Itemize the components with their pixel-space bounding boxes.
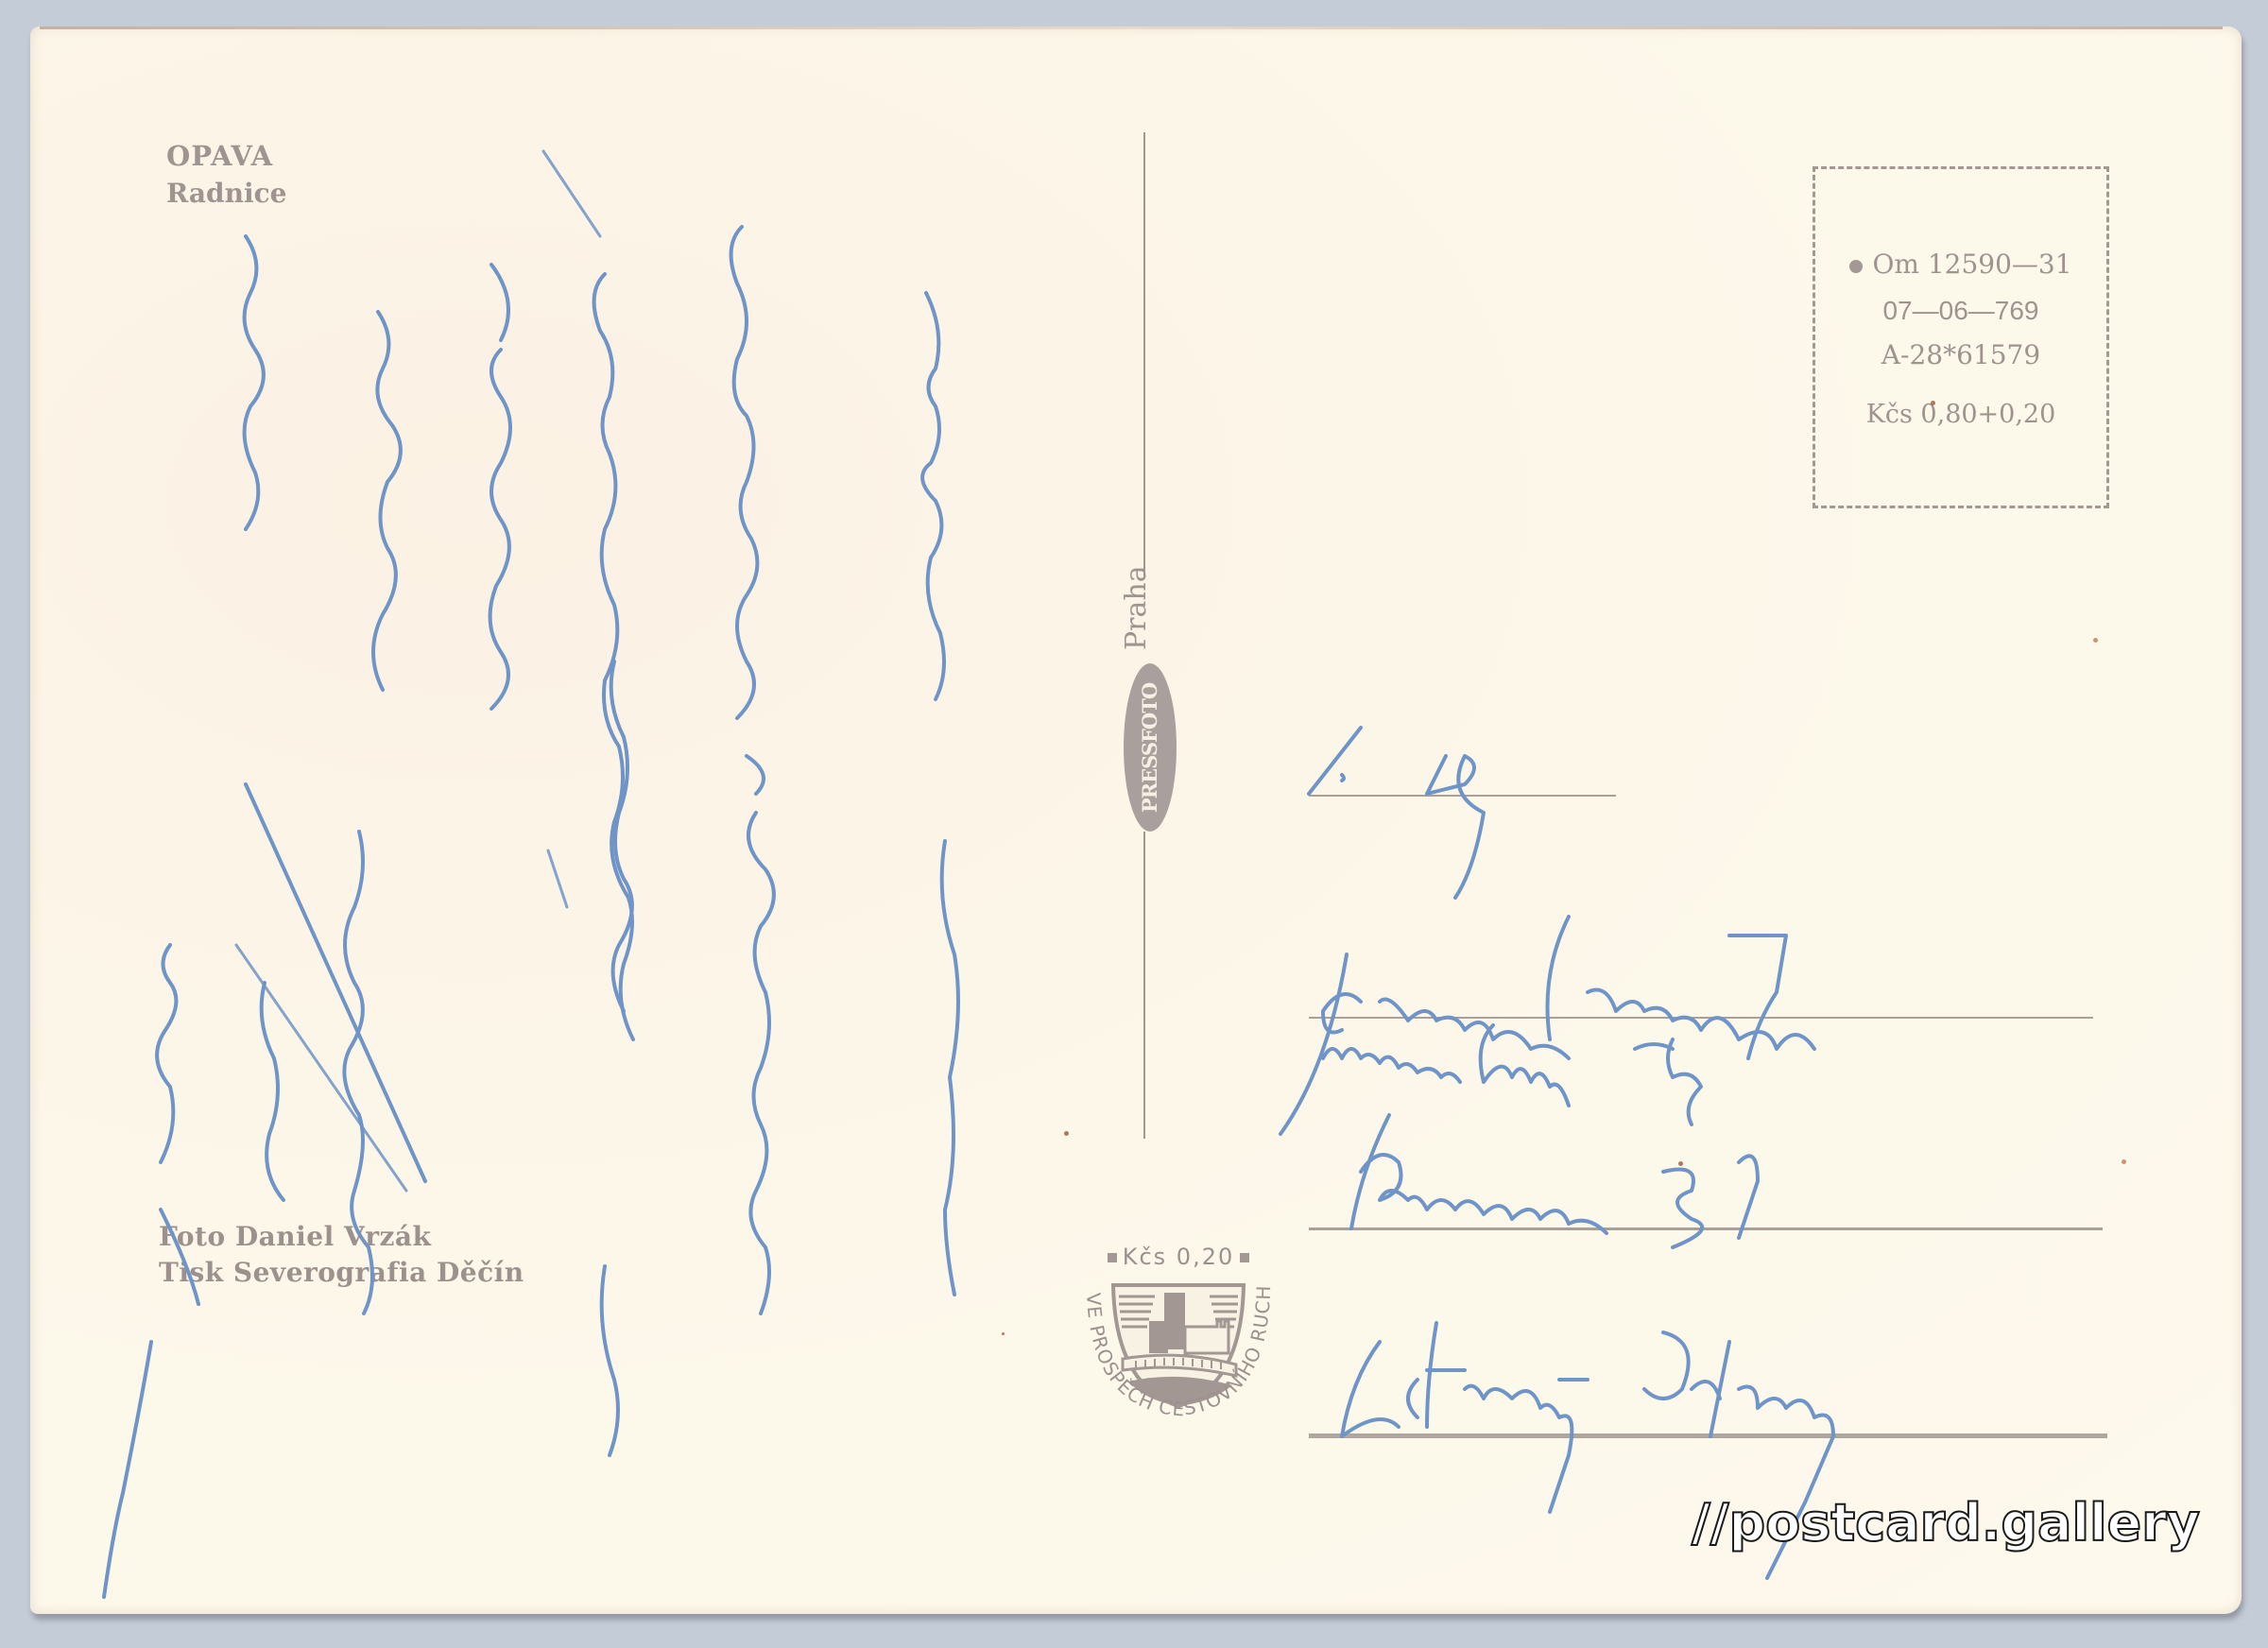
age-spot [1064, 1131, 1069, 1136]
age-spot [1678, 1161, 1683, 1166]
handwritten-address [0, 0, 2268, 1648]
age-spot [2122, 1159, 2126, 1164]
watermark: //postcard.gallery [1692, 1493, 2200, 1553]
age-spot [2093, 638, 2098, 643]
age-spot [1002, 1332, 1005, 1335]
age-spot [1931, 401, 1935, 405]
